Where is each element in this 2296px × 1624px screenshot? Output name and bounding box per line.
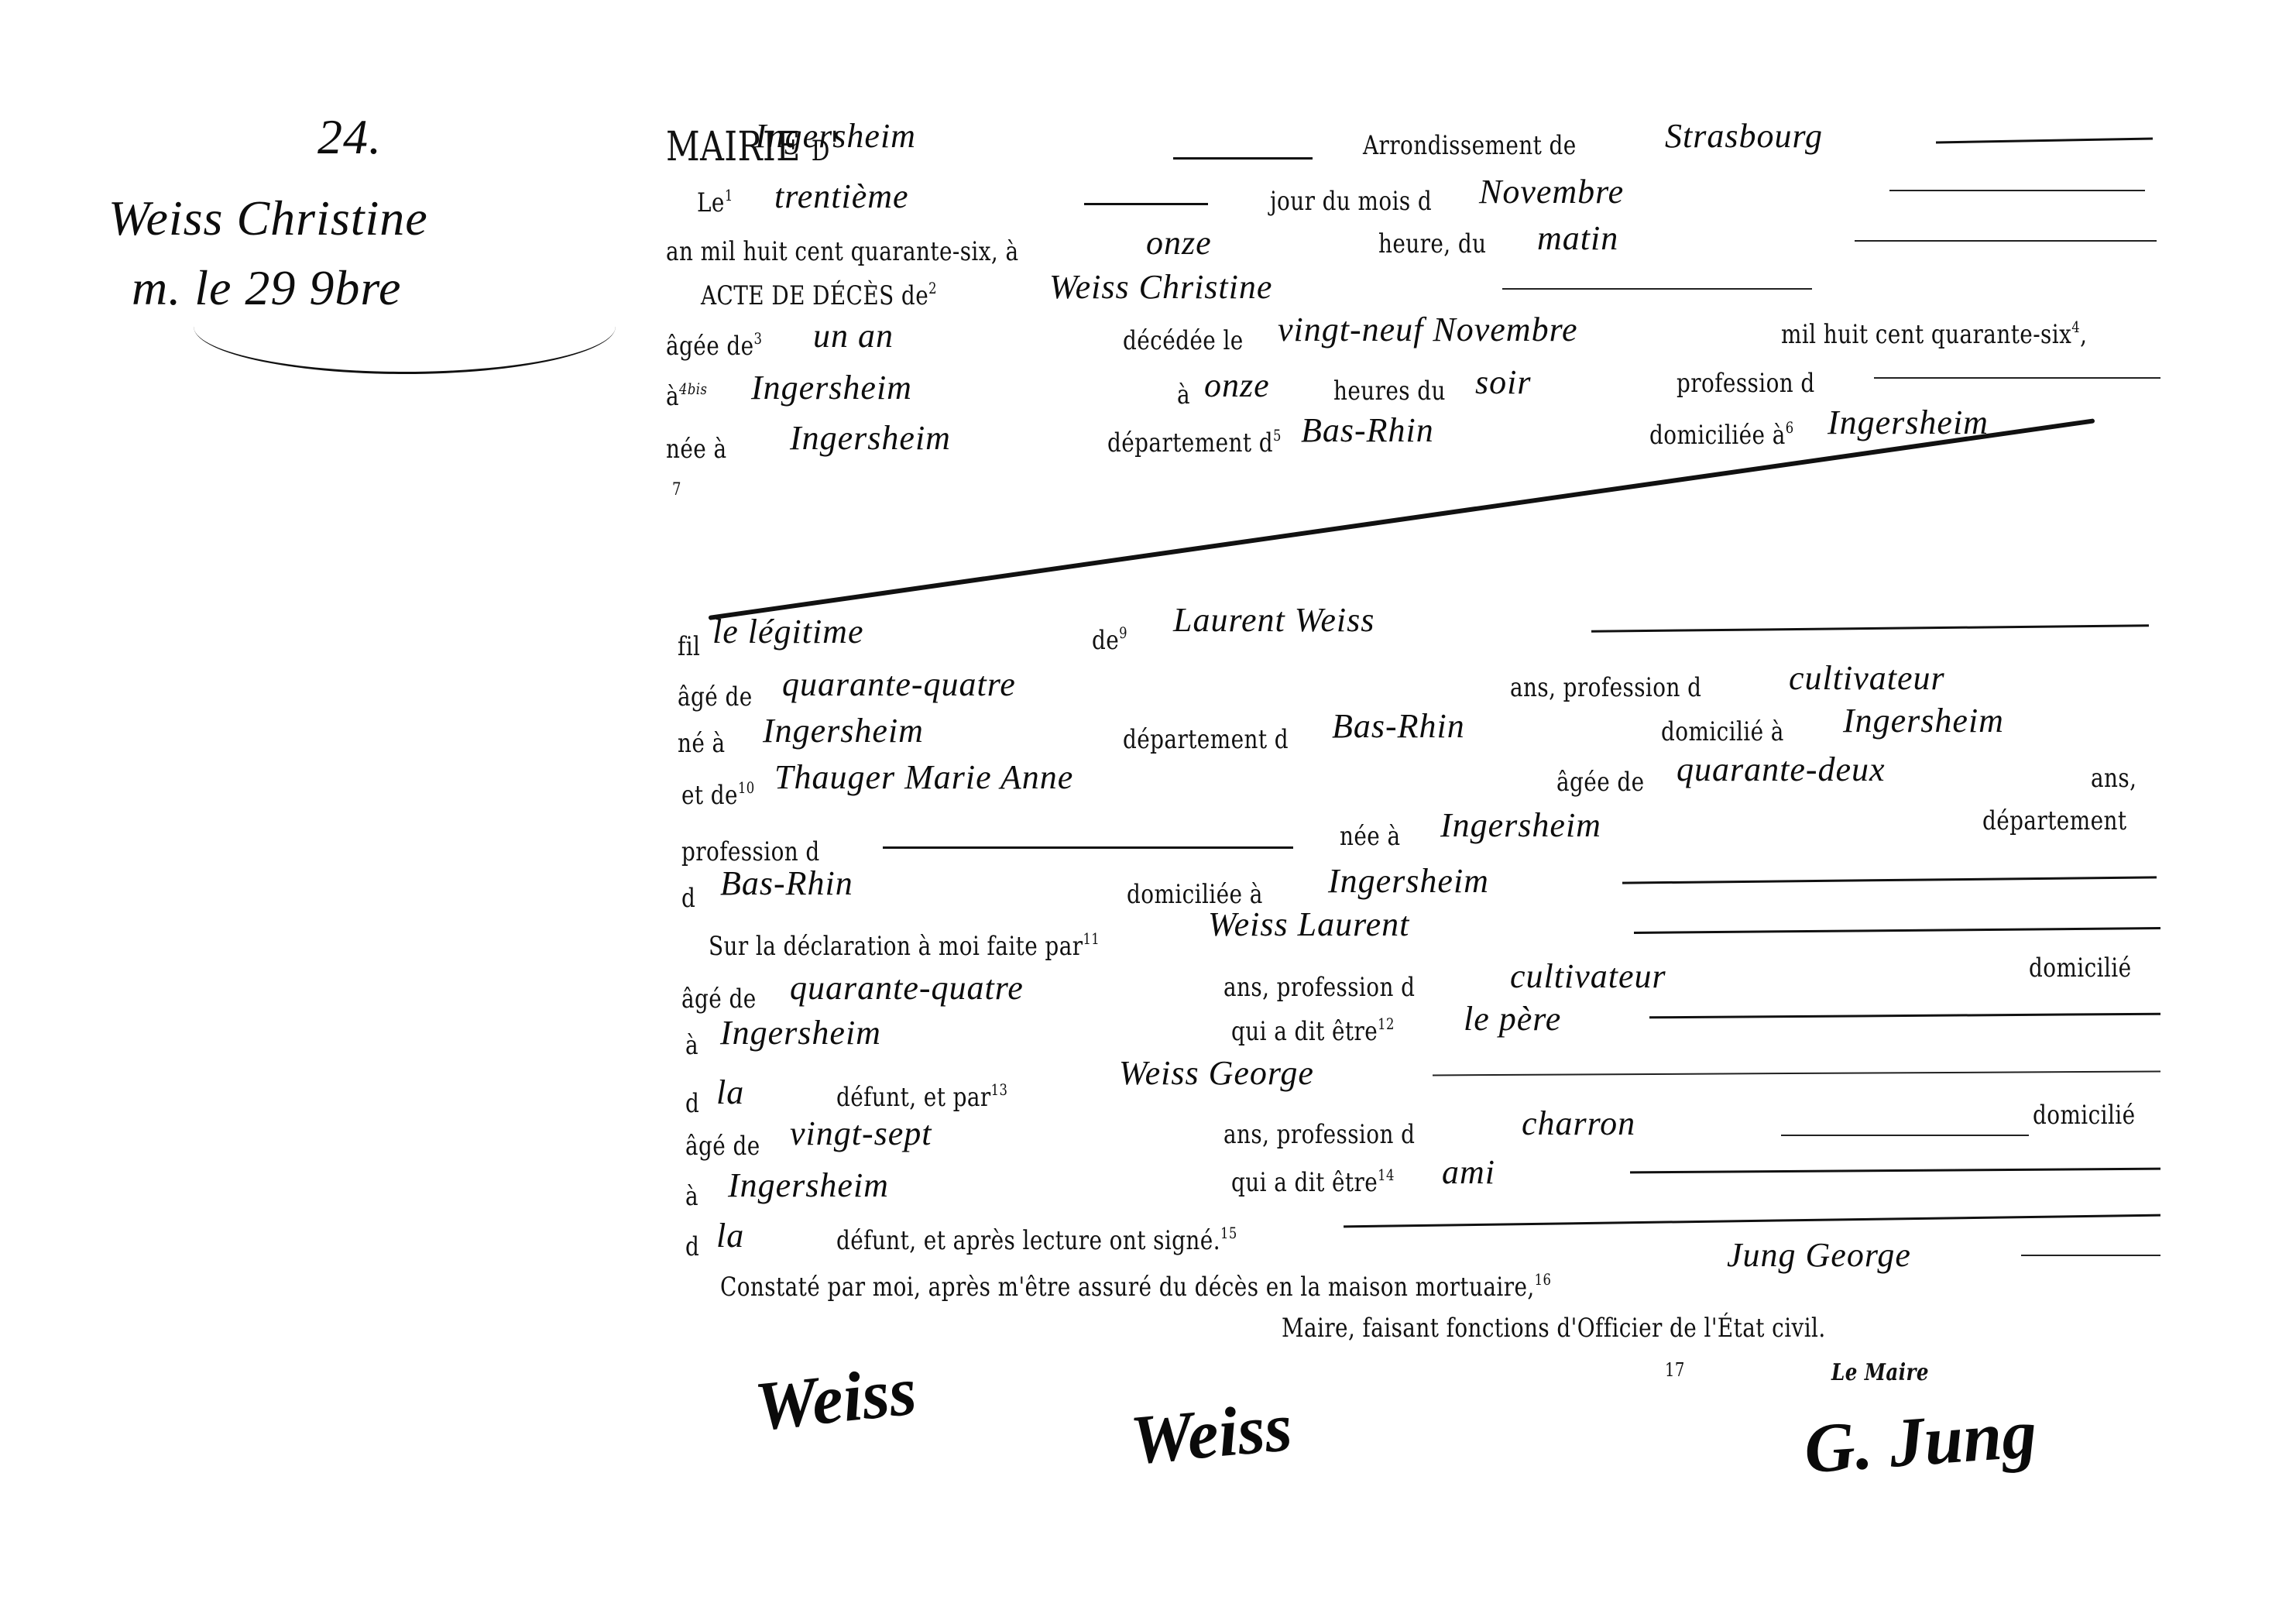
mother-department-value: Bas-Rhin — [720, 864, 853, 903]
declarant1-domicile-label: domicilié — [2029, 953, 2132, 984]
mother-department-prefix: d — [681, 883, 695, 914]
defunt2-label: défunt, et après lecture ont signé.15 — [836, 1224, 1237, 1256]
declarant1-relation-rule — [1649, 1013, 2160, 1019]
mother-age-label: âgée de — [1556, 767, 1645, 798]
father-profession-value: cultivateur — [1789, 658, 1945, 698]
signature-2: Weiss — [1127, 1387, 1296, 1481]
la-value-1: la — [716, 1073, 744, 1112]
maire-label: Maire, faisant fonctions d'Officier de l… — [1282, 1313, 1826, 1344]
declarant2-profession-label: ans, profession d — [1224, 1119, 1415, 1150]
day-value: trentième — [774, 177, 909, 216]
father-age-label: âgé de — [678, 682, 753, 712]
line-7-note: 7 — [672, 480, 681, 500]
father-born-label: né à — [678, 728, 726, 759]
declarant1-age-label: âgé de — [681, 984, 757, 1015]
official-name: Jung George — [1727, 1235, 1911, 1275]
death-date-value: vingt-neuf Novembre — [1278, 310, 1578, 349]
mother-label: et de10 — [681, 778, 755, 811]
d-label-1: d — [685, 1088, 699, 1119]
heures-label: heures du — [1333, 376, 1446, 407]
mother-domicile-rule — [1622, 876, 2157, 884]
declarant2-age-value: vingt-sept — [790, 1114, 932, 1153]
department-value: Bas-Rhin — [1301, 410, 1434, 450]
declarant2-profession-rule — [1781, 1135, 2029, 1136]
month-value: Novembre — [1479, 172, 1624, 211]
declarant1-relation-value: le père — [1464, 999, 1561, 1039]
father-profession-label: ans, profession d — [1510, 672, 1701, 703]
declarant2-age-label: âgé de — [685, 1131, 760, 1162]
le-maire-label: Le Maire — [1831, 1359, 1929, 1386]
margin-underline-arc — [194, 279, 616, 374]
margin-entry-number: 24. — [317, 108, 382, 166]
le-label: Le1 — [697, 186, 733, 218]
mother-age-value: quarante-deux — [1677, 750, 1886, 789]
declarant1-profession-label: ans, profession d — [1224, 972, 1415, 1003]
declarant1-place-value: Ingersheim — [720, 1013, 881, 1052]
signature-3: G. Jung — [1802, 1394, 2040, 1490]
profession-rule — [1874, 377, 2160, 379]
deceased-label: décédée le — [1123, 325, 1244, 356]
declarant1-age-value: quarante-quatre — [790, 968, 1024, 1008]
declarant2-relation-rule — [1630, 1168, 2160, 1174]
declarant2-place-label: à — [685, 1181, 698, 1212]
born-label: née à — [666, 434, 726, 465]
profession-label: profession d — [1677, 368, 1815, 399]
declarant2-relation-value: ami — [1442, 1152, 1495, 1192]
place-label: à4bis — [666, 379, 707, 412]
mairie-rule — [1173, 157, 1313, 160]
mother-birth-place-value: Ingersheim — [1440, 805, 1601, 845]
declarant1-profession-value: cultivateur — [1510, 956, 1666, 996]
hour-value: onze — [1146, 223, 1212, 263]
father-department-label: département d — [1123, 724, 1289, 755]
father-birth-place-value: Ingersheim — [763, 711, 924, 750]
jour-label: jour du mois d — [1270, 186, 1432, 217]
declarant2-name-rule — [1433, 1071, 2160, 1076]
deceased-name: Weiss Christine — [1049, 267, 1272, 307]
mother-name: Thauger Marie Anne — [774, 757, 1073, 797]
signed-rule — [1344, 1214, 2160, 1228]
death-time-of-day-value: soir — [1475, 362, 1531, 402]
fils-label: fil — [678, 631, 700, 662]
declarant2-place-value: Ingersheim — [728, 1166, 889, 1205]
father-name-rule — [1591, 624, 2149, 633]
at-label: à — [1177, 379, 1190, 410]
mother-domicile-value: Ingersheim — [1328, 861, 1489, 901]
year-label: an mil huit cent quarante-six, à — [666, 236, 1018, 267]
official-rule — [2021, 1255, 2160, 1256]
declarant2-domicile-label: domicilié — [2033, 1100, 2136, 1131]
domicile-label: domiciliée à6 — [1649, 418, 1794, 451]
acte-label: ACTE DE DÉCÈS de2 — [701, 279, 937, 311]
father-domicile-value: Ingersheim — [1843, 701, 2004, 740]
declarant2-name: Weiss George — [1119, 1053, 1314, 1093]
margin-name: Weiss Christine — [108, 190, 428, 247]
declarant1-relation-label: qui a dit être12 — [1231, 1015, 1395, 1047]
father-domicile-label: domicilié à — [1661, 716, 1784, 747]
time-of-day-value: matin — [1537, 218, 1618, 258]
declarant2-relation-label: qui a dit être14 — [1231, 1166, 1395, 1198]
mother-profession-label: profession d — [681, 836, 820, 867]
department-label: département d5 — [1107, 426, 1282, 458]
mairie-value: Ingersheim — [755, 116, 916, 156]
signature-1: Weiss — [751, 1351, 920, 1447]
defunt1-label: défunt, et par13 — [836, 1080, 1007, 1113]
heure-label: heure, du — [1378, 228, 1486, 259]
mother-ans-label: ans, — [2091, 763, 2136, 794]
arrondissement-label: Arrondissement de — [1363, 130, 1577, 161]
mother-profession-rule — [883, 846, 1293, 849]
age-value: un an — [813, 316, 894, 355]
declarant1-name: Weiss Laurent — [1208, 905, 1409, 944]
father-age-value: quarante-quatre — [782, 664, 1016, 704]
declarant1-name-rule — [1634, 927, 2160, 934]
d-label-2: d — [685, 1231, 699, 1262]
death-place-value: Ingersheim — [751, 368, 912, 407]
arrondissement-value: Strasbourg — [1665, 116, 1823, 156]
mother-department-label: département — [1982, 805, 2126, 836]
note-17: 17 — [1665, 1359, 1685, 1381]
father-name: Laurent Weiss — [1173, 600, 1375, 640]
constate-label: Constaté par moi, après m'être assuré du… — [720, 1270, 1551, 1303]
death-hour-value: onze — [1204, 366, 1270, 405]
arrondissement-rule — [1936, 138, 2153, 144]
declarant2-profession-value: charron — [1522, 1104, 1635, 1143]
day-rule — [1084, 203, 1208, 205]
deceased-rule — [1502, 288, 1812, 290]
declaration-label: Sur la déclaration à moi faite par11 — [709, 929, 1100, 962]
time-rule — [1855, 240, 2157, 242]
de-label: de9 — [1092, 623, 1127, 656]
month-rule — [1889, 190, 2145, 191]
father-department-value: Bas-Rhin — [1332, 706, 1465, 746]
declarant1-place-label: à — [685, 1030, 698, 1061]
age-label: âgée de3 — [666, 329, 762, 362]
la-value-2: la — [716, 1216, 744, 1255]
birth-place-value: Ingersheim — [790, 418, 951, 458]
death-year-label: mil huit cent quarante-six4, — [1781, 318, 2087, 350]
mother-born-label: née à — [1340, 821, 1400, 852]
fils-value: le légitime — [712, 612, 864, 651]
